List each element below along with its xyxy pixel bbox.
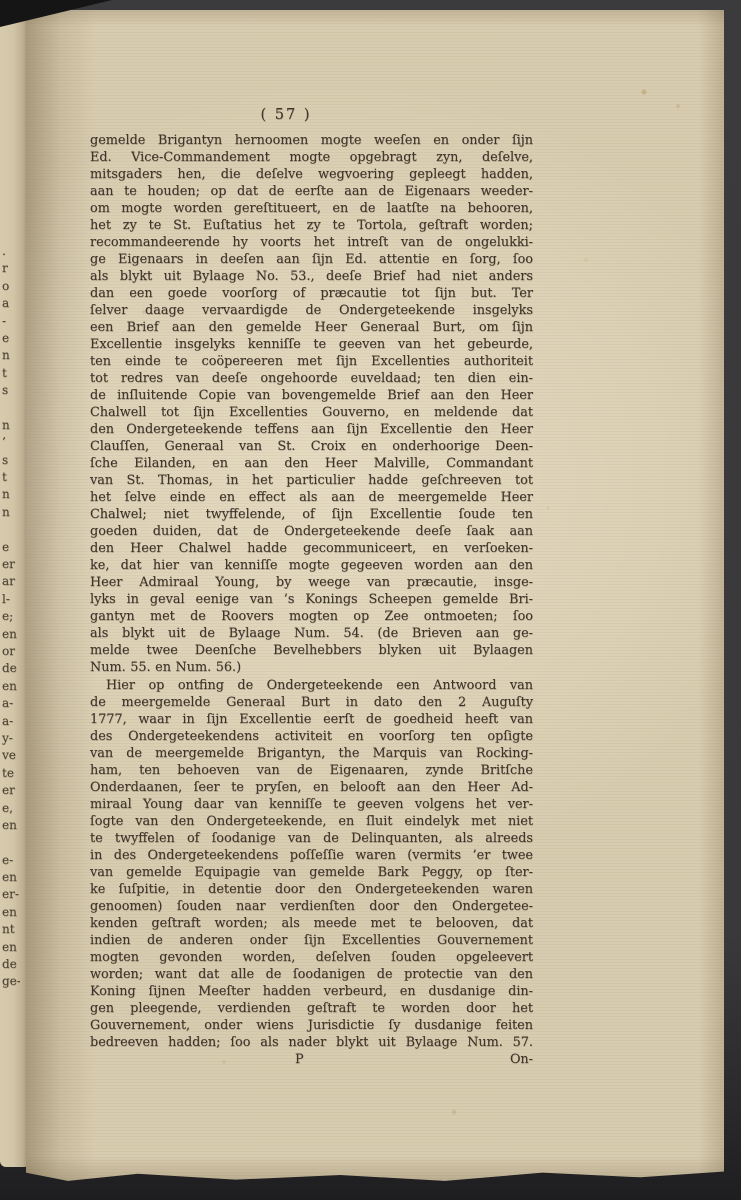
text-line: tot redres van deeſe ongehoorde euveldaa… xyxy=(90,370,533,387)
left-edge-fragment: . xyxy=(2,243,20,260)
left-edge-fragment: ar xyxy=(2,573,20,590)
book-page: ( 57 ) gemelde Brigantyn hernoomen mogte… xyxy=(26,10,724,1182)
left-edge-fragment: n xyxy=(2,347,20,364)
left-edge-fragment xyxy=(2,400,20,417)
left-edge-fragment: en xyxy=(2,904,20,921)
text-line: Chalwel; niet twyffelende, of ſijn Excel… xyxy=(90,506,533,523)
left-edge-fragment: a xyxy=(2,295,20,312)
left-edge-fragment: e- xyxy=(2,852,20,869)
text-line: ten einde te coöpereeren met ſijn Excell… xyxy=(90,353,533,370)
text-line: te twyffelen of ſoodanige van de Delinqu… xyxy=(90,830,533,847)
text-line: ſche Eilanden, en aan den Heer Malville,… xyxy=(90,455,533,472)
text-line: gantyn met de Roovers mogten op Zee ontm… xyxy=(90,608,533,625)
left-edge-fragment: er- xyxy=(2,886,20,903)
left-edge-fragment: te xyxy=(2,765,20,782)
text-line: goeden duiden, dat de Ondergeteekende de… xyxy=(90,523,533,540)
text-block: gemelde Brigantyn hernoomen mogte weeſen… xyxy=(90,132,533,1068)
text-line: van de meergemelde Brigantyn, the Marqui… xyxy=(90,745,533,762)
text-line: Ed. Vice-Commandement mogte opgebragt zy… xyxy=(90,149,533,166)
text-line: melde twee Deenſche Bevelhebbers blyken … xyxy=(90,642,533,659)
left-edge-fragment: en xyxy=(2,626,20,643)
left-edge-fragment: - xyxy=(2,313,20,330)
left-edge-fragment: t xyxy=(2,365,20,382)
text-line: ge Eigenaars in deeſen aan ſijn Ed. atte… xyxy=(90,251,533,268)
text-line: Gouvernement, onder wiens Jurisdictie ſy… xyxy=(90,1017,533,1034)
text-line: ſogte van den Ondergeteekende, en ſluit … xyxy=(90,813,533,830)
left-edge-fragment: r xyxy=(2,260,20,277)
left-edge-fragment xyxy=(2,834,20,851)
text-line: Onderdaanen, ſeer te pryſen, en belooft … xyxy=(90,779,533,796)
text-line: 1777, waar in ſijn Excellentie eerſt de … xyxy=(90,711,533,728)
text-line: mitsgaders hen, die deſelve wegvoering g… xyxy=(90,166,533,183)
text-line: ke, dat hier van kenniſſe mogte gegeeven… xyxy=(90,557,533,574)
left-edge-fragment: y- xyxy=(2,730,20,747)
left-edge-fragment: en xyxy=(2,869,20,886)
left-edge-fragment: or xyxy=(2,643,20,660)
left-edge-fragment: ’ xyxy=(2,434,20,451)
text-line: genoomen) ſouden naar verdienſten door d… xyxy=(90,898,533,915)
left-edge-fragment: de xyxy=(2,956,20,973)
text-line: Chalwell tot ſijn Excellenties Gouverno,… xyxy=(90,404,533,421)
text-line: gen pleegende, verdienden geſtraft te wo… xyxy=(90,1000,533,1017)
left-edge-fragment: de xyxy=(2,660,20,677)
left-edge-fragment: en xyxy=(2,939,20,956)
left-edge-fragment: e xyxy=(2,330,20,347)
signature-mark: P xyxy=(295,1051,304,1068)
left-edge-fragment: ve xyxy=(2,747,20,764)
text-line: als blykt uit Bylaage No. 53., deeſe Bri… xyxy=(90,268,533,285)
text-line: miraal Young daar van kenniſſe te geeven… xyxy=(90,796,533,813)
text-line: om mogte worden gereſtitueert, en de laa… xyxy=(90,200,533,217)
text-line: ke ſuſpitie, in detentie door den Onderg… xyxy=(90,881,533,898)
text-line: worden; want dat alle de ſoodanigen de p… xyxy=(90,966,533,983)
left-edge-fragment: en xyxy=(2,678,20,695)
left-edge-fragment: er xyxy=(2,782,20,799)
left-edge-fragment: e xyxy=(2,539,20,556)
text-line: van gemelde Equipagie van gemelde Bark P… xyxy=(90,864,533,881)
left-edge-fragment: s xyxy=(2,452,20,469)
left-edge-fragment: a- xyxy=(2,695,20,712)
left-edge-fragment: n xyxy=(2,417,20,434)
left-edge-fragment: nt xyxy=(2,921,20,938)
text-line: ham, ten behoeven van de Eigenaaren, zyn… xyxy=(90,762,533,779)
left-edge-fragment: a- xyxy=(2,713,20,730)
book-scan-backdrop: .roa-entsn’stnneerarl-e;enordeena-a-y-ve… xyxy=(0,0,741,1200)
left-edge-fragment: t xyxy=(2,469,20,486)
left-edge-fragment xyxy=(2,521,20,538)
text-line: aan te houden; op dat de eerſte aan de E… xyxy=(90,183,533,200)
left-edge-fragment: n xyxy=(2,486,20,503)
text-line: den Heer Chalwel hadde gecommuniceert, e… xyxy=(90,540,533,557)
text-line: Hier op ontfing de Ondergeteekende een A… xyxy=(90,677,533,694)
left-edge-fragments: .roa-entsn’stnneerarl-e;enordeena-a-y-ve… xyxy=(2,243,20,991)
left-edge-fragment: ge- xyxy=(2,973,20,990)
text-line: recommandeerende hy voorts het intreſt v… xyxy=(90,234,533,251)
left-edge-fragment: e, xyxy=(2,800,20,817)
text-line: lyks in geval eenige van ’s Konings Sche… xyxy=(90,591,533,608)
signature-row: P On- xyxy=(90,1051,533,1068)
text-line: Excellentie insgelyks kenniſſe te geeven… xyxy=(90,336,533,353)
facing-page-edge: .roa-entsn’stnneerarl-e;enordeena-a-y-ve… xyxy=(0,11,30,1167)
text-line: Clauſſen, Generaal van St. Croix en onde… xyxy=(90,438,533,455)
left-edge-fragment: o xyxy=(2,278,20,295)
catchword: On- xyxy=(510,1051,533,1068)
left-edge-fragment: l- xyxy=(2,591,20,608)
text-line: indien de anderen onder ſijn Excellentie… xyxy=(90,932,533,949)
text-line: de inſluitende Copie van bovengemelde Br… xyxy=(90,387,533,404)
body-lines: gemelde Brigantyn hernoomen mogte weeſen… xyxy=(90,132,533,1051)
text-line: ſelver daage vervaardigde de Ondergeteek… xyxy=(90,302,533,319)
text-line: een Brief aan den gemelde Heer Generaal … xyxy=(90,319,533,336)
text-line: mogten gevonden worden, deſelven ſouden … xyxy=(90,949,533,966)
text-line: als blykt uit de Bylaage Num. 54. (de Br… xyxy=(90,625,533,642)
text-line: Num. 55. en Num. 56.) xyxy=(90,659,533,676)
left-edge-fragment: n xyxy=(2,504,20,521)
text-line: gemelde Brigantyn hernoomen mogte weeſen… xyxy=(90,132,533,149)
left-edge-fragment: en xyxy=(2,817,20,834)
text-line: den Ondergeteekende teffens aan ſijn Exc… xyxy=(90,421,533,438)
text-line: Koning ſijnen Meeſter hadden verbeurd, e… xyxy=(90,983,533,1000)
left-edge-fragment: er xyxy=(2,556,20,573)
text-line: van St. Thomas, in het particulier hadde… xyxy=(90,472,533,489)
text-line: bedreeven hadden; ſoo als nader blykt ui… xyxy=(90,1034,533,1051)
text-line: het zy te St. Euſtatius het zy te Tortol… xyxy=(90,217,533,234)
text-line: de meergemelde Generaal Burt in dato den… xyxy=(90,694,533,711)
left-edge-fragment: e; xyxy=(2,608,20,625)
text-line: het ſelve einde en effect als aan de mee… xyxy=(90,489,533,506)
text-line: Heer Admiraal Young, by weege van præcau… xyxy=(90,574,533,591)
text-line: in des Ondergeteekendens poſſeſſie waren… xyxy=(90,847,533,864)
text-line: kenden geſtraft worden; als meede met te… xyxy=(90,915,533,932)
text-line: dan een goede voorſorg of præcautie tot … xyxy=(90,285,533,302)
page-number: ( 57 ) xyxy=(236,107,336,123)
text-line: des Ondergeteekendens activiteit en voor… xyxy=(90,728,533,745)
left-edge-fragment: s xyxy=(2,382,20,399)
